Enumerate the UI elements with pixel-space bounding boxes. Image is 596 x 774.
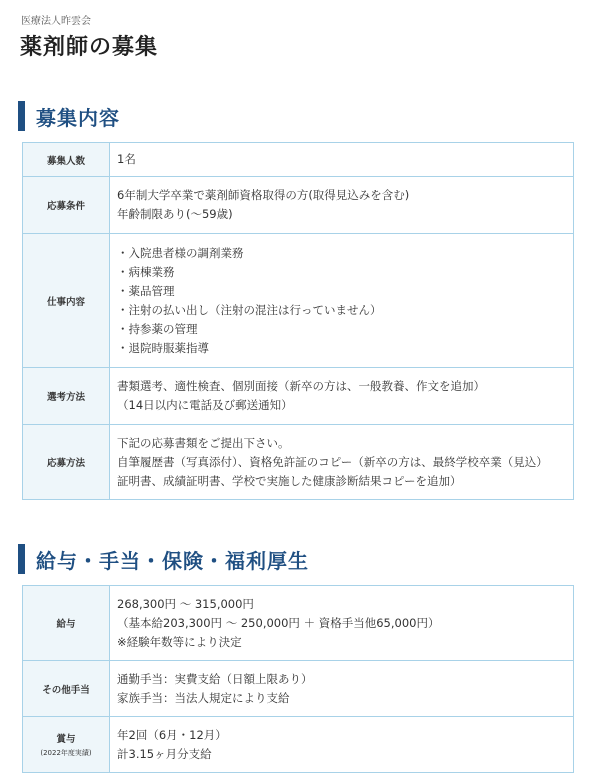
row-value: 1名 xyxy=(110,143,574,177)
recruitment-table: 募集人数 1名 応募条件 6年制大学卒業で薬剤師資格取得の方(取得見込みを含む)… xyxy=(22,142,574,500)
table-row: 賞与 (2022年度実績) 年2回（6月・12月） 計3.15ヶ月分支給 xyxy=(23,717,574,773)
row-label: 応募条件 xyxy=(23,177,110,234)
table-row: 仕事内容 ・入院患者様の調剤業務 ・病棟業務 ・薬品管理 ・注射の払い出し（注射… xyxy=(23,234,574,368)
section-heading-text: 給与・手当・保険・福利厚生 xyxy=(36,545,309,574)
table-row: 応募条件 6年制大学卒業で薬剤師資格取得の方(取得見込みを含む) 年齢制限あり(… xyxy=(23,177,574,234)
section-heading-text: 募集内容 xyxy=(36,102,120,131)
row-value: 268,300円 〜 315,000円 （基本給203,300円 〜 250,0… xyxy=(110,586,574,661)
row-value: 書類選考、適性検査、個別面接（新卒の方は、一般教養、作文を追加） （14日以内に… xyxy=(110,368,574,425)
section-heading-recruitment: 募集内容 xyxy=(18,101,120,131)
row-value: 6年制大学卒業で薬剤師資格取得の方(取得見込みを含む) 年齢制限あり(〜59歳) xyxy=(110,177,574,234)
row-label: 応募方法 xyxy=(23,425,110,500)
row-value: ・入院患者様の調剤業務 ・病棟業務 ・薬品管理 ・注射の払い出し（注射の混注は行… xyxy=(110,234,574,368)
table-row: その他手当 通勤手当：実費支給（日額上限あり） 家族手当：当法人規定により支給 xyxy=(23,661,574,717)
table-row: 給与 268,300円 〜 315,000円 （基本給203,300円 〜 25… xyxy=(23,586,574,661)
row-label: 賞与 (2022年度実績) xyxy=(23,717,110,773)
row-value: 年2回（6月・12月） 計3.15ヶ月分支給 xyxy=(110,717,574,773)
row-label: 給与 xyxy=(23,586,110,661)
row-label: 募集人数 xyxy=(23,143,110,177)
table-row: 選考方法 書類選考、適性検査、個別面接（新卒の方は、一般教養、作文を追加） （1… xyxy=(23,368,574,425)
row-label: 仕事内容 xyxy=(23,234,110,368)
row-sublabel: (2022年度実績) xyxy=(24,748,108,758)
table-row: 応募方法 下記の応募書類をご提出下さい。 自筆履歴書（写真添付）、資格免許証のコ… xyxy=(23,425,574,500)
section-heading-salary-benefits: 給与・手当・保険・福利厚生 xyxy=(18,544,309,574)
row-value: 通勤手当：実費支給（日額上限あり） 家族手当：当法人規定により支給 xyxy=(110,661,574,717)
row-label: 選考方法 xyxy=(23,368,110,425)
heading-accent-bar xyxy=(18,544,25,574)
row-value: 下記の応募書類をご提出下さい。 自筆履歴書（写真添付）、資格免許証のコピー（新卒… xyxy=(110,425,574,500)
organization-name: 医療法人昨雲会 xyxy=(21,12,91,27)
table-row: 募集人数 1名 xyxy=(23,143,574,177)
row-label: その他手当 xyxy=(23,661,110,717)
heading-accent-bar xyxy=(18,101,25,131)
salary-table: 給与 268,300円 〜 315,000円 （基本給203,300円 〜 25… xyxy=(22,585,574,773)
page-title: 薬剤師の募集 xyxy=(20,30,158,61)
